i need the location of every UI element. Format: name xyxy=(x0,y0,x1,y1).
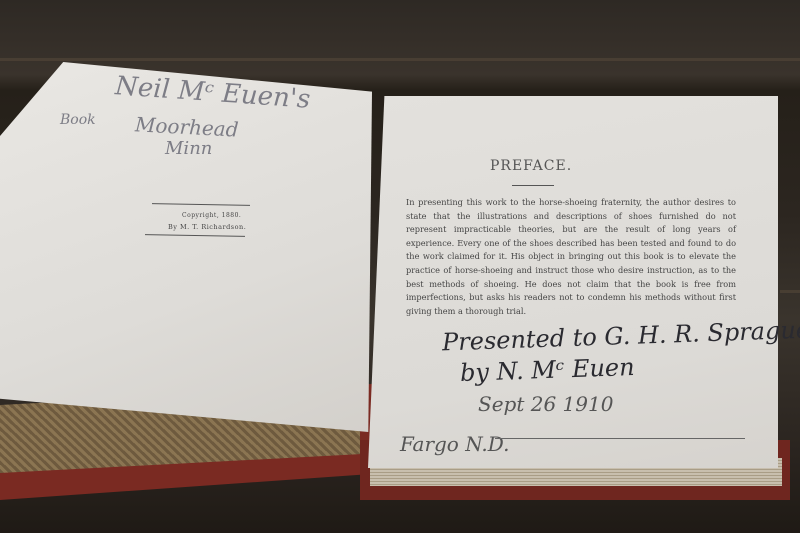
inscription-underline xyxy=(495,438,745,439)
inscription-date: Sept 26 1910 xyxy=(478,392,613,416)
preface-heading: PREFACE. xyxy=(490,158,572,174)
author-line: By M. T. Richardson. xyxy=(168,223,246,231)
pencil-signature-book: Book xyxy=(60,112,96,128)
copyright-line: Copyright, 1880. xyxy=(182,212,241,219)
pencil-signature-state: Minn xyxy=(165,138,212,159)
preface-body: In presenting this work to the horse-sho… xyxy=(406,196,736,318)
preface-rule xyxy=(512,185,554,186)
inscription-place: Fargo N.D. xyxy=(400,432,509,456)
open-book: Neil Mᶜ Euen's Book Moorhead Minn Copyri… xyxy=(0,0,800,533)
